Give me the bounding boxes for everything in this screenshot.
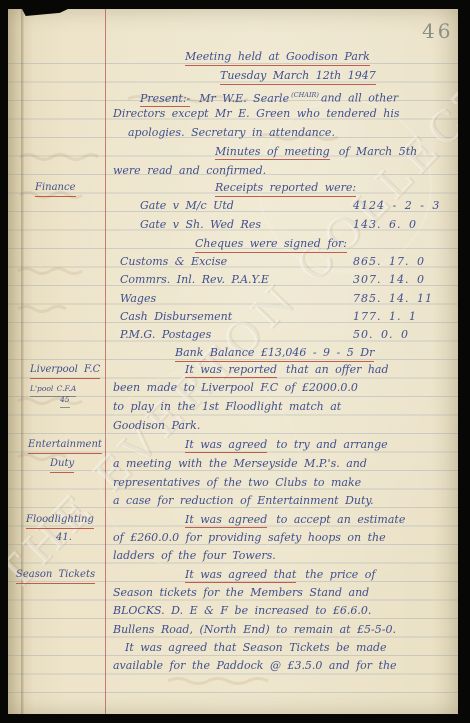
season-tickets-line: It was agreed thatthe price of [185, 568, 375, 582]
line-text: to accept an estimate [276, 513, 405, 526]
receipts-heading: Receipts reported were: [215, 181, 356, 197]
margin-label-floodlighting: Floodlighting [26, 513, 94, 529]
page-number: 46 [422, 19, 453, 43]
scanned-minute-book: THE EVERTON COLLECTION 46 Meeting held a… [0, 0, 470, 723]
present-line: Present:-Mr W.E. Searle(CHAIR)and all ot… [140, 88, 398, 106]
cheque-amount: 865. 17. 0 [353, 255, 425, 269]
minutes-line: Minutes of meetingof March 5th [215, 145, 417, 159]
margin-label-finance: Finance [35, 181, 76, 197]
present-label: Present:- [140, 92, 190, 107]
meeting-date: Tuesday March 12th 1947 [220, 69, 376, 85]
entertainment-line: representatives of the two Clubs to make [113, 476, 361, 490]
margin-label-entertainment: Entertainment [28, 438, 102, 454]
season-tickets-line: It was agreed that Season Tickets be mad… [125, 641, 387, 655]
entertainment-line: It was agreedto try and arrange [185, 438, 388, 452]
receipt-amount: 143. 6. 0 [353, 218, 417, 232]
line-text: the price of [305, 568, 375, 581]
binding-crease [21, 9, 24, 714]
entertainment-line: a case for reduction of Entertainment Du… [113, 494, 374, 508]
page-corner-shadow [22, 9, 68, 16]
cheque-amount: 50. 0. 0 [353, 328, 409, 342]
margin-note-41: 41. [56, 531, 72, 545]
cheque-item: Wages [120, 292, 156, 306]
ledger-page: THE EVERTON COLLECTION 46 Meeting held a… [8, 9, 458, 714]
season-tickets-line: available for the Paddock @ £3.5.0 and f… [113, 659, 397, 673]
floodlighting-line: It was agreedto accept an estimate [185, 513, 405, 527]
bank-balance: Bank Balance £13,046 - 9 - 5 Dr [175, 346, 374, 362]
cheque-item: Commrs. Inl. Rev. P.A.Y.E [120, 273, 269, 287]
season-tickets-line: Season tickets for the Members Stand and [113, 586, 369, 600]
minutes-continuation: were read and confirmed. [113, 164, 266, 178]
margin-note-45: 45 [60, 393, 70, 408]
margin-label-liverpool-fc: Liverpool F.C [30, 363, 100, 379]
present-continuation: Directors except Mr E. Green who tendere… [113, 107, 399, 121]
line-text: that an offer had [286, 363, 388, 376]
underlined-phrase: It was agreed that [185, 568, 296, 583]
present-name: Mr W.E. Searle [199, 92, 289, 105]
underlined-phrase: It was agreed [185, 513, 267, 528]
underlined-phrase: It was reported [185, 363, 277, 378]
present-tail: and all other [321, 92, 398, 105]
meeting-title: Meeting held at Goodison Park [185, 50, 370, 66]
liverpool-line: Goodison Park. [113, 419, 200, 433]
cheques-heading: Cheques were signed for: [195, 237, 347, 253]
cheque-item: Customs & Excise [120, 255, 227, 269]
cheque-amount: 785. 14. 11 [353, 292, 433, 306]
liverpool-line: It was reportedthat an offer had [185, 363, 389, 377]
season-tickets-line: Bullens Road, (North End) to remain at £… [113, 623, 396, 637]
entertainment-line: a meeting with the Merseyside M.P.'s. an… [113, 457, 367, 471]
minutes-underlined: Minutes of meeting [215, 145, 330, 160]
line-text: to try and arrange [276, 438, 387, 451]
floodlighting-line: of £260.0.0 for providing safety hoops o… [113, 531, 386, 545]
cheque-item: P.M.G. Postages [120, 328, 211, 342]
underlined-phrase: It was agreed [185, 438, 267, 453]
receipt-item: Gate v Sh. Wed Res [140, 218, 261, 232]
margin-rule [105, 9, 106, 714]
present-continuation: apologies. Secretary in attendance. [128, 126, 335, 140]
margin-label-duty: Duty [50, 457, 74, 473]
cheque-amount: 177. 1. 1 [353, 310, 417, 324]
minutes-tail: of March 5th [339, 145, 418, 158]
liverpool-line: been made to Liverpool F.C of £2000.0.0 [113, 381, 358, 395]
receipt-amount: 4124 - 2 - 3 [353, 199, 440, 213]
liverpool-line: to play in the 1st Floodlight match at [113, 400, 341, 414]
season-tickets-line: BLOCKS. D. E & F be increased to £6.6.0. [113, 604, 371, 618]
cheque-item: Cash Disbursement [120, 310, 232, 324]
chair-note: (CHAIR) [291, 88, 319, 102]
margin-label-season-tickets: Season Tickets [16, 568, 95, 584]
cheque-amount: 307. 14. 0 [353, 273, 425, 287]
floodlighting-line: ladders of the four Towers. [113, 549, 276, 563]
receipt-item: Gate v M/c Utd [140, 199, 234, 213]
